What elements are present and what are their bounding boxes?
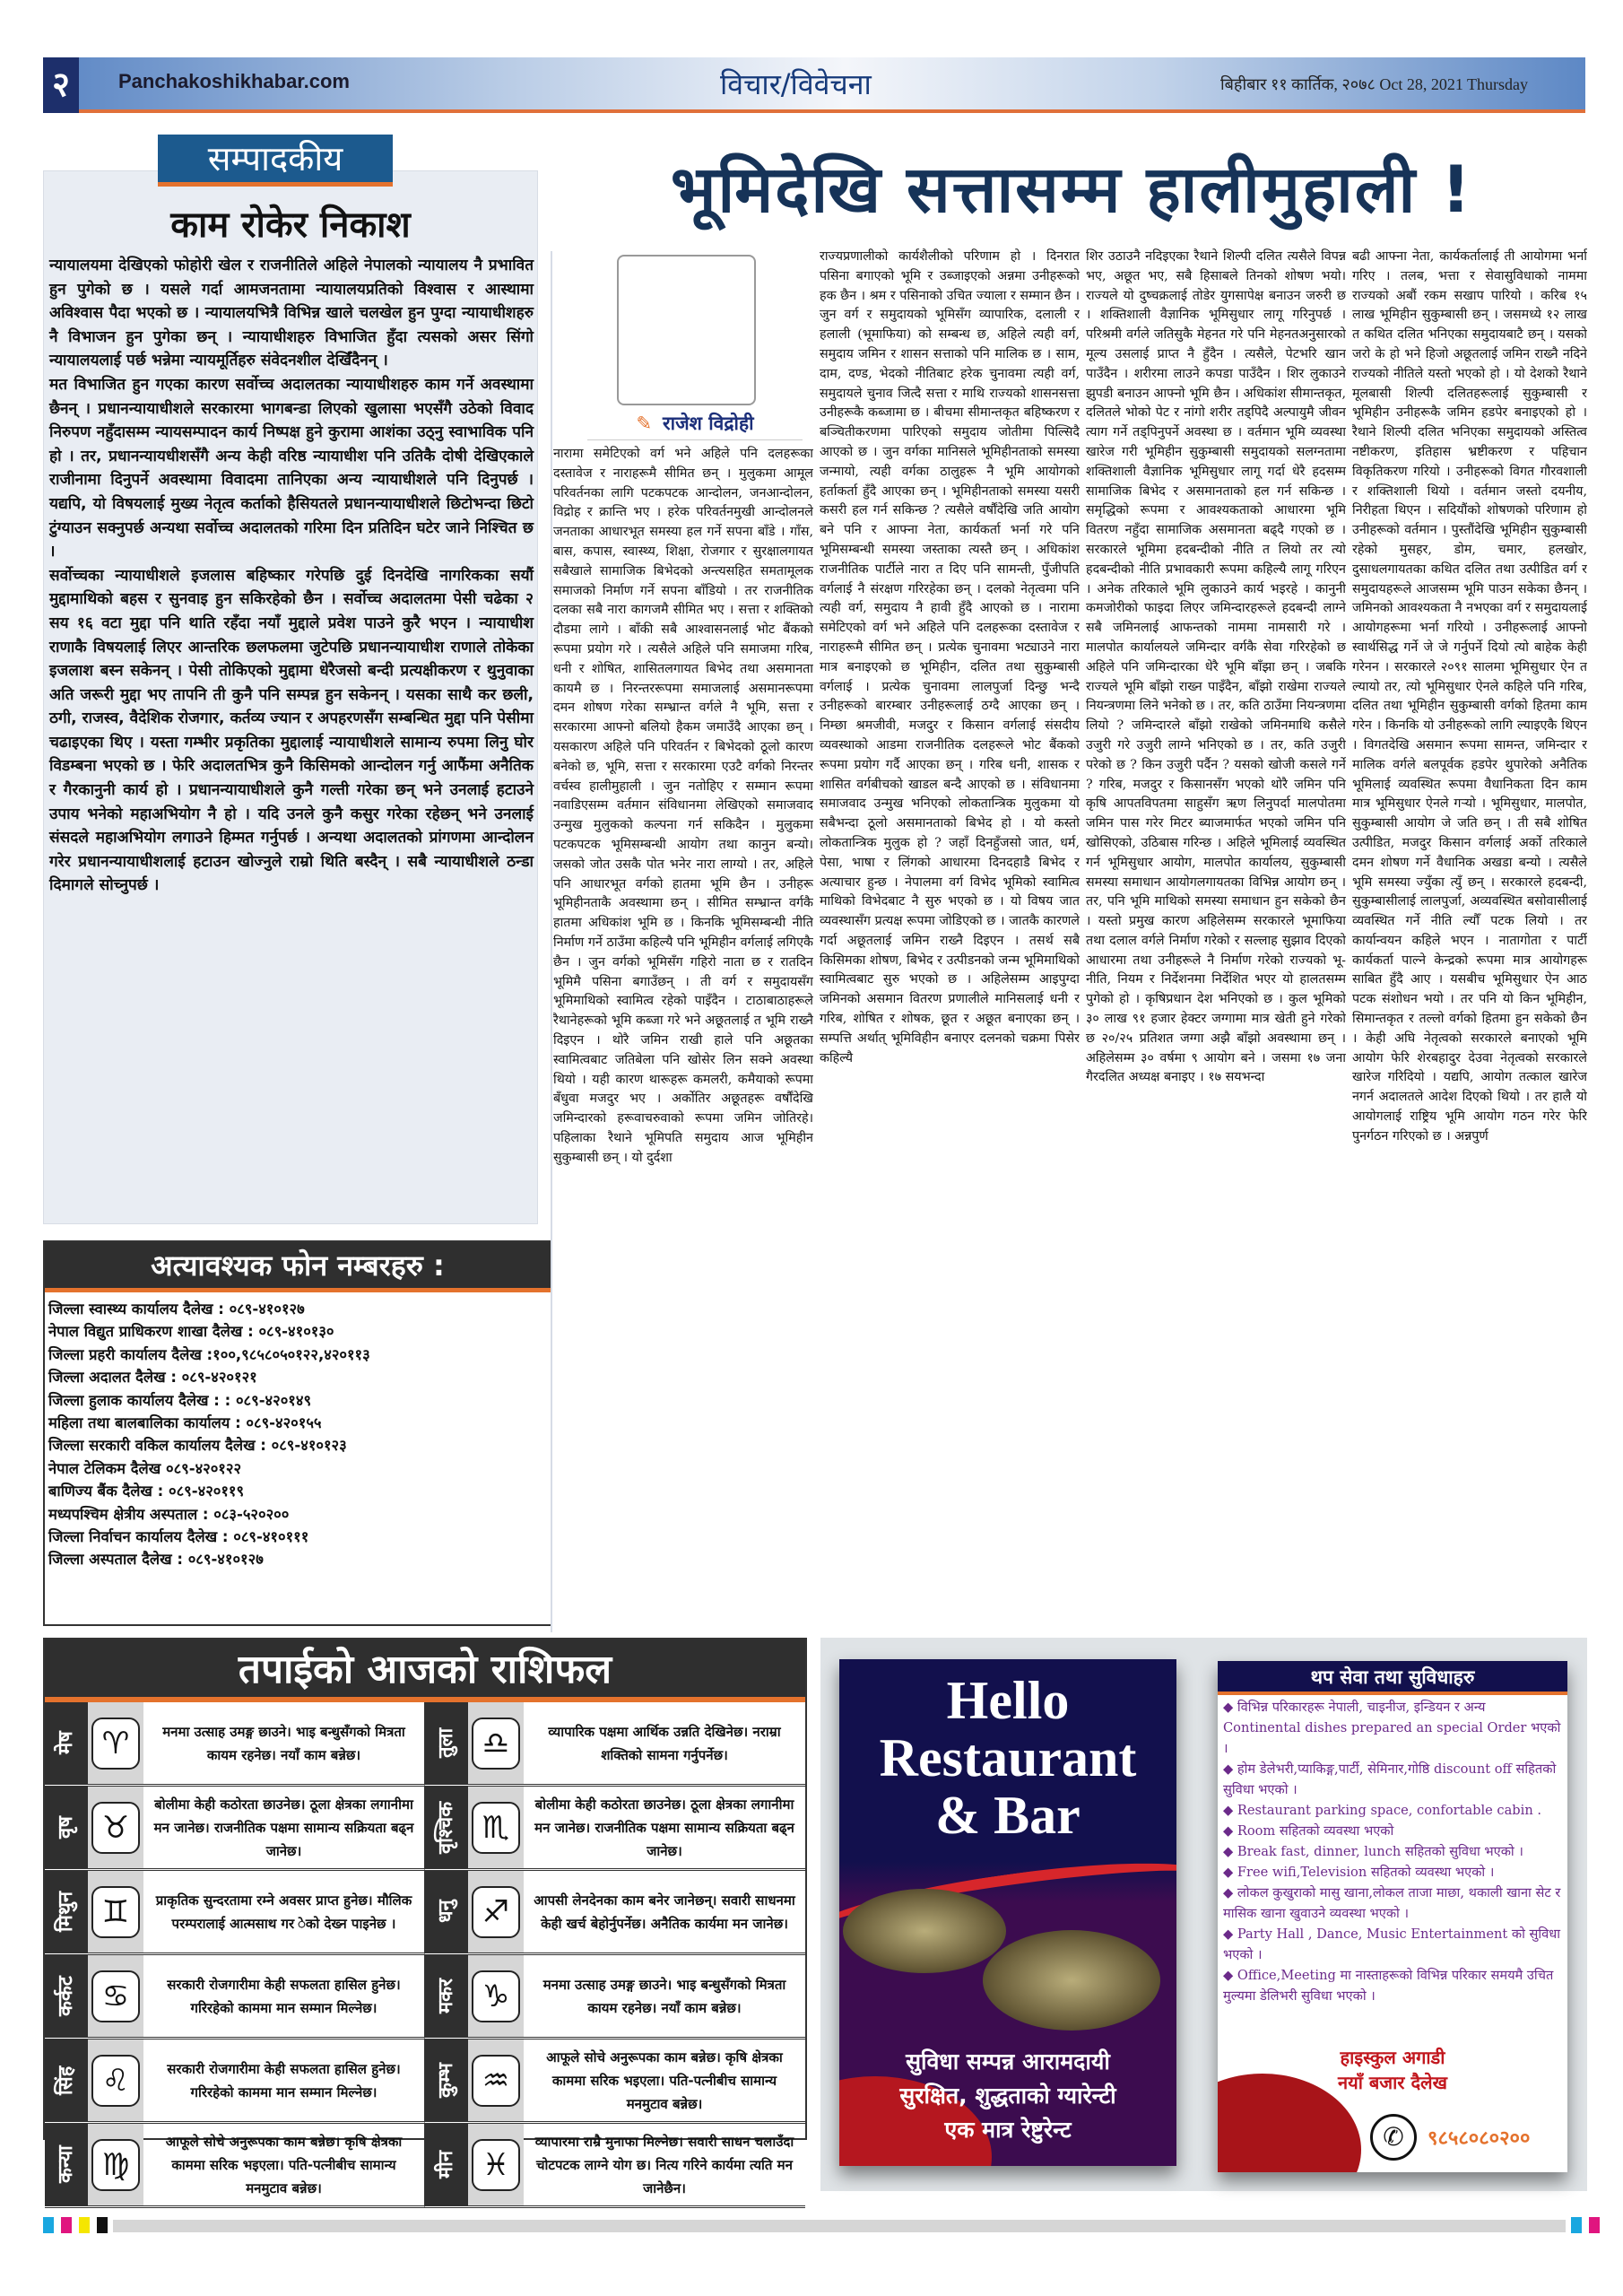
scales-icon: ♎ (472, 1718, 520, 1770)
dateline: बिहीबार ११ कार्तिक, २०७८ Oct 28, 2021 Th… (1220, 74, 1528, 95)
sign-text: आफूले सोचे अनुरूपका काम बन्नेछ। कृषि क्ष… (524, 2039, 805, 2121)
phone-item: महिला तथा बालबालिका कार्यालय : ०८९-४२०१५… (48, 1412, 547, 1434)
services-ad[interactable]: थप सेवा तथा सुविधाहरु विभिन्न परिकारहरू … (1218, 1661, 1567, 2172)
horoscope-cell-mithun: मिथुन ♊ प्राकृतिक सुन्दरतामा रम्ने अवसर … (45, 1871, 425, 1955)
masthead: २ Panchakoshikhabar.com विचार/विवेचना बि… (43, 57, 1585, 113)
services-phone[interactable]: ✆ ९८५८०८०२०० (1370, 2114, 1530, 2161)
sign-name: मीन (425, 2124, 468, 2205)
fish-icon: ♓ (472, 2139, 520, 2191)
sign-text: सरकारी रोजगारीमा केही सफलता हासिल हुनेछ।… (143, 2039, 424, 2121)
sign-name: वृष (45, 1787, 88, 1868)
horoscope-grid: मेष ♈ मनमा उत्साह उमङ्ग छाउने। भाइ बन्धु… (45, 1702, 805, 2208)
article-text: बढी आफ्ना नेता, कार्यकर्तालाई ती आयोगमा … (1352, 248, 1587, 1147)
print-mark-magenta (61, 2217, 72, 2233)
sign-text: मनमा उत्साह उमङ्ग छाउने। भाइ बन्धुसँगको … (143, 1702, 424, 1784)
article-headline: भूमिदेखि सत्तासम्म हालीमुहाली ! (574, 143, 1569, 231)
editorial-paragraph: मत विभाजित हुन गएका कारण सर्वोच्च अदालतक… (49, 373, 534, 564)
phone-list: जिल्ला स्वास्थ्य कार्यालय दैलेख : ०८९-४१… (45, 1292, 551, 1577)
ram-icon: ♈ (91, 1718, 140, 1770)
lion-icon: ♌ (91, 2055, 140, 2107)
phone-item: मध्यपश्चिम क्षेत्रीय अस्पताल : ०८३-५२०२०… (48, 1503, 547, 1526)
sign-name: मेष (45, 1702, 88, 1784)
horoscope-cell-makar: मकर ♑ मनमा उत्साह उमङ्ग छाउने। भाइ बन्धु… (425, 1955, 805, 2039)
phone-item: जिल्ला प्रहरी कार्यालय दैलेख :१००,९८५८०५… (48, 1344, 547, 1366)
services-address: हाइस्कुल अगाडी नयाँ बजार दैलेख (1218, 2045, 1567, 2095)
print-mark-cyan (43, 2217, 54, 2233)
editorial-tag: सम्पादकीय (158, 135, 393, 187)
article-text: नारामा समेटिएको वर्ग भने अहिले पनि दलहरू… (553, 445, 813, 1168)
author-byline: ✎राजेश विद्रोही (587, 411, 803, 440)
sign-name: धनु (425, 1871, 468, 1952)
sign-text: मनमा उत्साह उमङ्ग छाउने। भाइ बन्धुसँगको … (524, 1955, 805, 2037)
service-item: लोकल कुखुराको मासु खाना,लोकल ताजा माछा, … (1223, 1883, 1562, 1924)
sign-text: सरकारी रोजगारीमा केही सफलता हासिल हुनेछ।… (143, 1955, 424, 2037)
sign-text: आपसी लेनदेनका काम बनेर जानेछन्। सवारी सा… (524, 1871, 805, 1952)
bull-icon: ♉ (91, 1802, 140, 1854)
editorial-paragraph: सर्वोच्चका न्यायाधीशले इजलास बहिष्कार गर… (49, 564, 534, 898)
phone-item: जिल्ला अदालत दैलेख : ०८९-४२०१२१ (48, 1366, 547, 1388)
crab-icon: ♋ (91, 1970, 140, 2022)
phone-item: जिल्ला निर्वाचन कार्यालय दैलेख : ०८९-४१०… (48, 1526, 547, 1548)
phone-item: जिल्ला अस्पताल दैलेख : ०८९-४१०१२७ (48, 1548, 547, 1570)
service-item: होम डेलेभरी,प्याकिङ्ग,पार्टी, सेमिनार,गो… (1223, 1759, 1562, 1800)
article-column-4: बढी आफ्ना नेता, कार्यकर्तालाई ती आयोगमा … (1352, 248, 1587, 1633)
author-photo-placeholder (617, 255, 756, 405)
archer-icon: ♐ (472, 1886, 520, 1938)
editorial-box: काम रोकेर निकाश न्यायालयमा देखिएको फोहोर… (43, 170, 538, 1224)
editorial-body: न्यायालयमा देखिएको फोहोरी खेल र राजनीतिल… (49, 254, 534, 898)
phone-item: जिल्ला सरकारी वकिल कार्यालय दैलेख : ०८९-… (48, 1434, 547, 1457)
phone-item: नेपाल विद्युत प्राधिकरण शाखा दैलेख : ०८९… (48, 1320, 547, 1343)
phone-item: जिल्ला हुलाक कार्यालय दैलेख : : ०८९-४२०१… (48, 1389, 547, 1412)
phone-number: ९८५८०८०२०० (1428, 2124, 1530, 2151)
horoscope-cell-karkat: कर्कट ♋ सरकारी रोजगारीमा केही सफलता हासि… (45, 1955, 425, 2039)
sign-text: व्यापारिक पक्षमा आर्थिक उन्नति देखिनेछ। … (524, 1702, 805, 1784)
goat-icon: ♑ (472, 1970, 520, 2022)
editorial-title: काम रोकेर निकाश (44, 198, 537, 248)
horoscope-cell-kumbha: कुम्भ ♒ आफूले सोचे अनुरूपका काम बन्नेछ। … (425, 2039, 805, 2124)
article-text: राज्यप्रणालीको कार्यशैलीको परिणाम हो । द… (820, 248, 1080, 1068)
restaurant-photo (983, 1930, 1160, 2031)
horoscope-cell-kanya: कन्या ♍ आफूले सोचे अनुरूपका काम बन्नेछ। … (45, 2124, 425, 2208)
pen-icon: ✎ (636, 413, 652, 434)
sign-name: कर्कट (45, 1955, 88, 2037)
sign-name: कन्या (45, 2124, 88, 2205)
sign-name: सिंह (45, 2039, 88, 2121)
sign-name: मकर (425, 1955, 468, 2037)
print-mark-yellow (79, 2217, 90, 2233)
sign-text: बोलीमा केही कठोरता छाउनेछ। ठूला क्षेत्रक… (143, 1787, 424, 1868)
service-item: Room सहितको व्यवस्था भएको (1223, 1821, 1562, 1841)
sign-name: वृश्चिक (425, 1787, 468, 1868)
print-mark-black (97, 2217, 108, 2233)
sign-text: व्यापारमा राम्रै मुनाफा मिल्नेछ। सवारी स… (524, 2124, 805, 2205)
article-column-1: नारामा समेटिएको वर्ग भने अहिले पनि दलहरू… (553, 445, 813, 1633)
emergency-phone-title: अत्यावश्यक फोन नम्बरहरु : (45, 1242, 551, 1292)
restaurant-ad[interactable]: Hello Restaurant & Bar सुविधा सम्पन्न आर… (839, 1659, 1176, 2166)
horoscope-cell-dhanu: धनु ♐ आपसी लेनदेनका काम बनेर जानेछन्। सव… (425, 1871, 805, 1955)
sign-text: आफूले सोचे अनुरूपका काम बन्नेछ। कृषि क्ष… (143, 2124, 424, 2205)
column-divider (551, 251, 552, 1632)
restaurant-photo (843, 1889, 1006, 1973)
sign-name: मिथुन (45, 1871, 88, 1952)
restaurant-name: Hello Restaurant & Bar (839, 1672, 1176, 1844)
horoscope-cell-tula: तुला ♎ व्यापारिक पक्षमा आर्थिक उन्नति दे… (425, 1702, 805, 1787)
twins-icon: ♊ (91, 1886, 140, 1938)
horoscope-cell-mesh: मेष ♈ मनमा उत्साह उमङ्ग छाउने। भाइ बन्धु… (45, 1702, 425, 1787)
service-item: Break fast, dinner, lunch सहितको सुविधा … (1223, 1841, 1562, 1862)
horoscope-cell-singha: सिंह ♌ सरकारी रोजगारीमा केही सफलता हासिल… (45, 2039, 425, 2124)
page-number: २ (43, 57, 79, 113)
article-text: शिर उठाउनै नदिइएका रैथाने शिल्पी दलित त्… (1086, 248, 1346, 1088)
emergency-phone-box: अत्यावश्यक फोन नम्बरहरु : जिल्ला स्वास्थ… (43, 1240, 552, 1626)
phone-icon: ✆ (1370, 2114, 1417, 2161)
sign-text: बोलीमा केही कठोरता छाउनेछ। ठूला क्षेत्रक… (524, 1787, 805, 1868)
section-title: विचार/विवेचना (720, 65, 872, 103)
article-column-3: शिर उठाउनै नदिइएका रैथाने शिल्पी दलित त्… (1086, 248, 1346, 1633)
print-mark-magenta (1589, 2217, 1600, 2233)
sign-name: तुला (425, 1702, 468, 1784)
article-column-2: राज्यप्रणालीको कार्यशैलीको परिणाम हो । द… (820, 248, 1080, 1633)
service-item: Restaurant parking space, confortable ca… (1223, 1800, 1562, 1821)
service-item: Office,Meeting मा नास्ताहरूको विभिन्न पर… (1223, 1965, 1562, 2006)
sign-text: प्राकृतिक सुन्दरतामा रम्ने अवसर प्राप्त … (143, 1871, 424, 1952)
horoscope-title: तपाईको आजको राशिफल (45, 1639, 805, 1702)
scorpion-icon: ♏ (472, 1802, 520, 1854)
sign-name: कुम्भ (425, 2039, 468, 2121)
services-list: विभिन्न परिकारहरू नेपाली, चाइनीज, इन्डिय… (1218, 1695, 1567, 2008)
horoscope-box: तपाईको आजको राशिफल मेष ♈ मनमा उत्साह उमङ… (43, 1638, 807, 2140)
horoscope-cell-brishchik: वृश्चिक ♏ बोलीमा केही कठोरता छाउनेछ। ठूल… (425, 1787, 805, 1871)
services-title: थप सेवा तथा सुविधाहरु (1218, 1661, 1567, 1695)
horoscope-cell-meen: मीन ♓ व्यापारमा राम्रै मुनाफा मिल्नेछ। स… (425, 2124, 805, 2208)
service-item: Free wifi,Television सहितको व्यवस्था भएक… (1223, 1862, 1562, 1883)
maiden-icon: ♍ (91, 2139, 140, 2191)
phone-item: जिल्ला स्वास्थ्य कार्यालय दैलेख : ०८९-४१… (48, 1298, 547, 1320)
water-bearer-icon: ♒ (472, 2055, 520, 2107)
phone-item: बाणिज्य बैंक दैलेख : ०८९-४२०११९ (48, 1480, 547, 1502)
service-item: Party Hall , Dance, Music Entertainment … (1223, 1924, 1562, 1965)
editorial-paragraph: न्यायालयमा देखिएको फोहोरी खेल र राजनीतिल… (49, 254, 534, 373)
restaurant-tagline: सुविधा सम्पन्न आरामदायी सुरक्षित, शुद्धत… (839, 2045, 1176, 2147)
print-mark-cyan (1571, 2217, 1582, 2233)
service-item: विभिन्न परिकारहरू नेपाली, चाइनीज, इन्डिय… (1223, 1697, 1562, 1759)
horoscope-cell-brish: वृष ♉ बोलीमा केही कठोरता छाउनेछ। ठूला क्… (45, 1787, 425, 1871)
site-name[interactable]: Panchakoshikhabar.com (118, 70, 350, 93)
print-bar (113, 2220, 1566, 2232)
phone-item: नेपाल टेलिकम दैलेख ०८९-४२०१२२ (48, 1457, 547, 1480)
author-name: राजेश विद्रोही (663, 413, 754, 434)
